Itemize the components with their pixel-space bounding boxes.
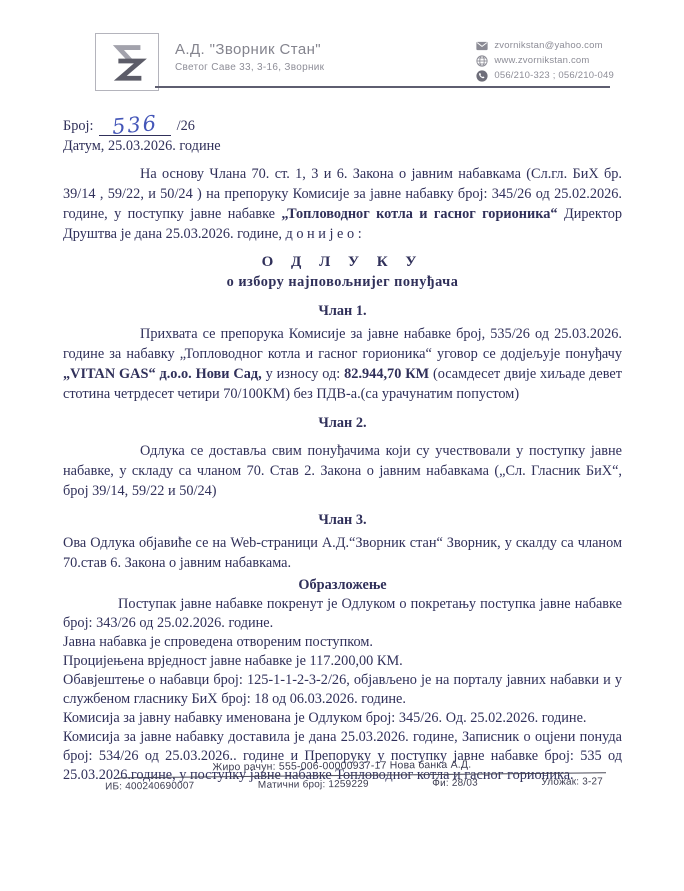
document-body: Број: 536 /26 Датум, 25.03.2026. године … [63, 112, 622, 785]
letterhead: А.Д. "Зворник Стан" Светог Саве 33, 3-16… [95, 33, 614, 91]
footer-ib: ИБ: 400240690007 [105, 781, 194, 793]
company-logo [95, 33, 159, 91]
letterhead-divider [155, 86, 610, 88]
footer-ulozak: Уложак: 3-27 [541, 776, 603, 788]
company-name: А.Д. "Зворник Стан" [175, 41, 476, 58]
envelope-icon [476, 40, 488, 52]
contact-phone-row: 056/210-323 ; 056/210-049 [476, 68, 614, 83]
article-2-heading: Члан 2. [63, 413, 622, 433]
footer-maticni-broj: Матични број: 1259229 [258, 779, 369, 791]
bidder-name-bold: „VITAN GAS“ д.о.о. Нови Сад, [63, 366, 262, 382]
company-identity: А.Д. "Зворник Стан" Светог Саве 33, 3-16… [175, 33, 476, 73]
article-1-heading: Члан 1. [63, 301, 622, 321]
contact-email-row: zvornikstan@yahoo.com [476, 38, 614, 53]
rationale-line: Процијењена врједност јавне набавке је 1… [63, 652, 622, 671]
decision-subtitle: о избору најповољнијег понуђача [63, 272, 622, 292]
article-2-paragraph: Одлука се доставља свим понуђачима који … [63, 441, 622, 501]
globe-icon [476, 55, 488, 67]
article-3-paragraph: Ова Одлука објавиће се на Web-страници А… [63, 533, 622, 573]
article-1-text-2: у износу од: [262, 366, 344, 382]
intro-paragraph: На основу Члана 70. ст. 1, 3 и 6. Закона… [63, 164, 622, 244]
number-label: Број: [63, 118, 93, 134]
number-suffix: /26 [177, 118, 195, 134]
rationale-line: Јавна набавка је спроведена отвореним по… [63, 633, 622, 652]
zvornik-stan-logo-icon [104, 37, 150, 88]
rationale-section: Образложење Поступак јавне набавке покре… [63, 575, 622, 785]
scanned-document-page: А.Д. "Зворник Стан" Светог Саве 33, 3-16… [0, 0, 684, 891]
contact-phone: 056/210-323 ; 056/210-049 [494, 68, 614, 83]
company-address: Светог Саве 33, 3-16, Зворник [175, 62, 476, 73]
article-3-heading: Члан 3. [63, 510, 622, 530]
phone-icon [476, 70, 488, 82]
intro-subject-bold: „Топловодног котла и гасног горионика“ [281, 206, 557, 222]
document-number-line: Број: 536 /26 [63, 112, 622, 136]
contract-amount-bold: 82.944,70 КМ [344, 366, 429, 382]
contact-email: zvornikstan@yahoo.com [494, 38, 602, 53]
rationale-line: Комисија за јавну набавку именована је О… [63, 709, 622, 728]
decision-title: О Д Л У К У [63, 252, 622, 272]
handwritten-number: 536 [111, 113, 159, 137]
contact-website-row: www.zvornikstan.com [476, 53, 614, 68]
rationale-heading: Образложење [63, 575, 622, 595]
number-blank-line: 536 [99, 112, 171, 136]
document-date-line: Датум, 25.03.2026. године [63, 136, 622, 156]
article-1-paragraph: Прихвата се препорука Комисије за јавне … [63, 324, 622, 404]
footer-fi: Фи: 28/03 [432, 778, 478, 789]
rationale-line: Поступак јавне набавке покренут је Одлук… [63, 595, 622, 633]
contact-website: www.zvornikstan.com [494, 53, 589, 68]
document-footer: Жиро рачун: 555-006-00000937-17 Нова бан… [63, 757, 621, 793]
article-1-text-1: Прихвата се препорука Комисије за јавне … [63, 326, 622, 362]
rationale-line: Обавјештење о набавци број: 125-1-1-2-3-… [63, 671, 622, 709]
contact-info: zvornikstan@yahoo.com www.zvornikstan.co… [476, 33, 614, 83]
